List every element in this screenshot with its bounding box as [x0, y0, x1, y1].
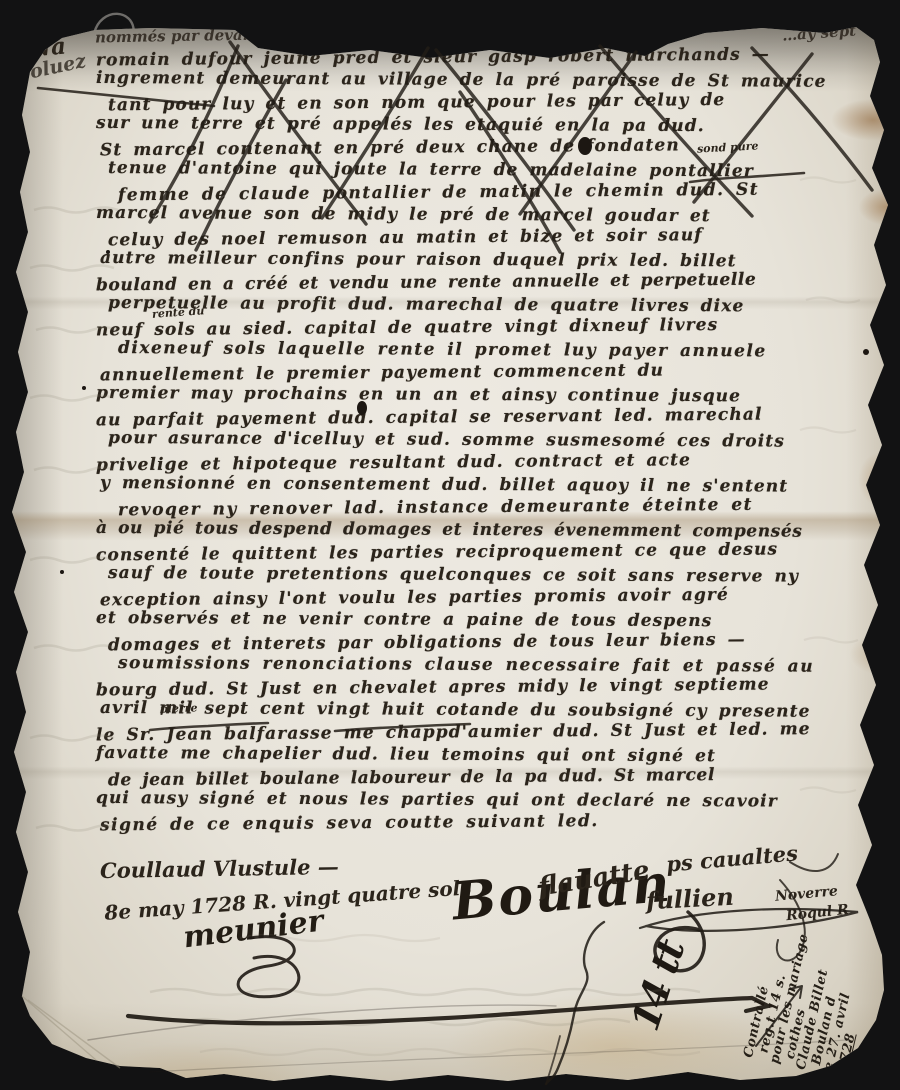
torn-line-fragment-left: nommés par devant — [95, 26, 261, 47]
registration-note-rotated: Contralléreg.t 14 s.pour les mariagecoth… — [742, 847, 895, 1080]
signature-ps-caualtes: ps caualtes — [665, 840, 799, 876]
manuscript-body: romain dufour jeune pred et sieur gasp r… — [96, 46, 876, 834]
fee-mark: 14 tt — [622, 935, 693, 1036]
manuscript-paper: nommés par devant …ay sept Na Soluez rom… — [0, 0, 900, 1090]
signature-fullien: fullien — [645, 882, 734, 916]
attestation-line: Coullaud Vlustule — — [100, 854, 339, 883]
photo-background: nommés par devant …ay sept Na Soluez rom… — [0, 0, 900, 1090]
interlinear-correction: pierre — [160, 701, 198, 715]
torn-line-fragment-right: …ay sept — [781, 21, 856, 44]
manuscript-line: signé de ce enquis seva coutte suivant l… — [100, 808, 876, 837]
